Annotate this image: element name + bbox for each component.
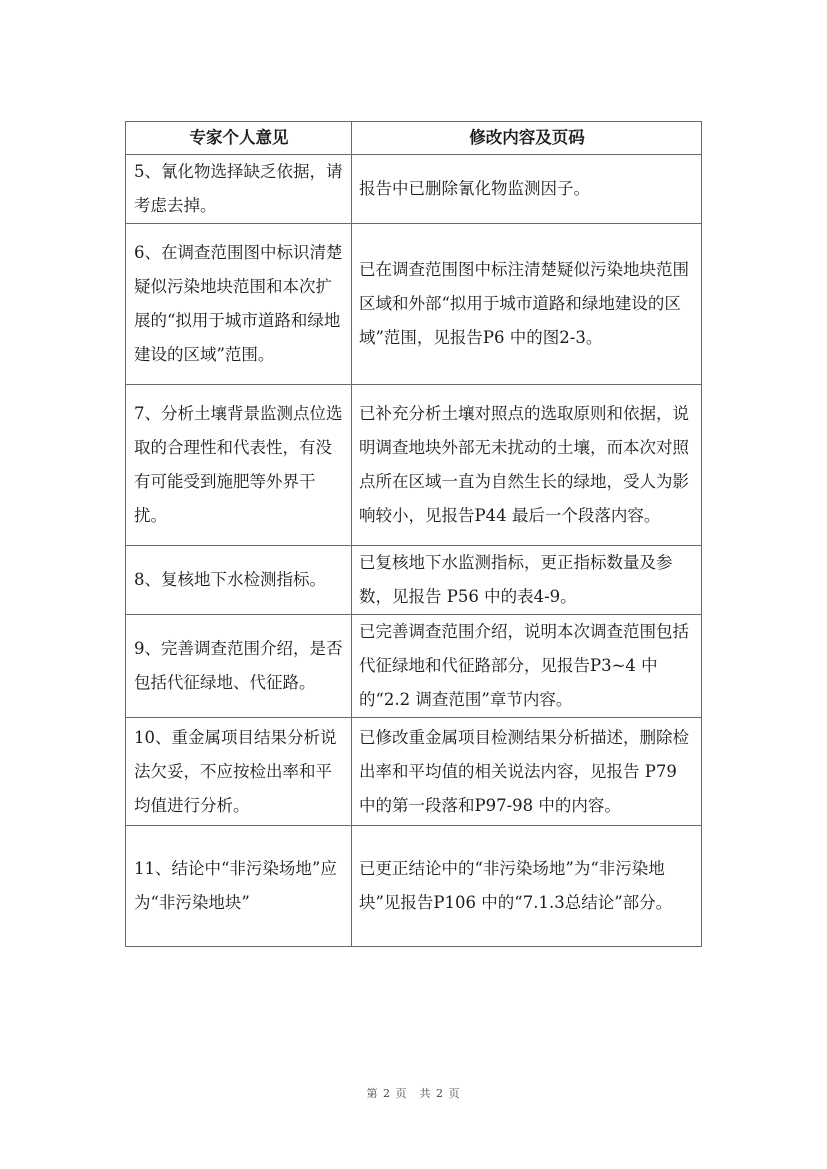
revision-cell: 报告中已删除氰化物监测因子。 (352, 155, 702, 224)
table-row: 10、重金属项目结果分析说法欠妥，不应按检出率和平均值进行分析。 已修改重金属项… (126, 718, 702, 826)
revision-cell: 已更正结论中的“非污染场地”为“非污染地块”见报告P106 中的“7.1.3总结… (352, 826, 702, 947)
expert-opinion-cell: 11、结论中“非污染场地”应为“非污染地块” (126, 826, 352, 947)
expert-opinion-cell: 9、完善调查范围介绍，是否包括代征绿地、代征路。 (126, 615, 352, 718)
table-row: 9、完善调查范围介绍，是否包括代征绿地、代征路。 已完善调查范围介绍，说明本次调… (126, 615, 702, 718)
expert-opinion-cell: 8、复核地下水检测指标。 (126, 546, 352, 615)
revision-cell: 已完善调查范围介绍，说明本次调查范围包括代征绿地和代征路部分，见报告P3~4 中… (352, 615, 702, 718)
table-row: 7、分析土壤背景监测点位选取的合理性和代表性，有没有可能受到施肥等外界干扰。 已… (126, 385, 702, 546)
table-row: 8、复核地下水检测指标。 已复核地下水监测指标，更正指标数量及参数，见报告 P5… (126, 546, 702, 615)
expert-opinion-cell: 5、氰化物选择缺乏依据，请考虑去掉。 (126, 155, 352, 224)
page-number-footer: 第 2 页 共 2 页 (0, 1085, 827, 1101)
table-row: 6、在调查范围图中标识清楚疑似污染地块范围和本次扩展的“拟用于城市道路和绿地建设… (126, 224, 702, 385)
table-header-row: 专家个人意见 修改内容及页码 (126, 122, 702, 155)
revision-cell: 已补充分析土壤对照点的选取原则和依据，说明调查地块外部无未扰动的土壤，而本次对照… (352, 385, 702, 546)
expert-opinion-cell: 10、重金属项目结果分析说法欠妥，不应按检出率和平均值进行分析。 (126, 718, 352, 826)
column-header-expert-opinion: 专家个人意见 (126, 122, 352, 155)
revision-table: 专家个人意见 修改内容及页码 5、氰化物选择缺乏依据，请考虑去掉。 报告中已删除… (125, 121, 702, 947)
table-row: 11、结论中“非污染场地”应为“非污染地块” 已更正结论中的“非污染场地”为“非… (126, 826, 702, 947)
revision-cell: 已复核地下水监测指标，更正指标数量及参数，见报告 P56 中的表4-9。 (352, 546, 702, 615)
table-row: 5、氰化物选择缺乏依据，请考虑去掉。 报告中已删除氰化物监测因子。 (126, 155, 702, 224)
expert-opinion-cell: 7、分析土壤背景监测点位选取的合理性和代表性，有没有可能受到施肥等外界干扰。 (126, 385, 352, 546)
revision-cell: 已修改重金属项目检测结果分析描述，删除检出率和平均值的相关说法内容，见报告 P7… (352, 718, 702, 826)
revision-cell: 已在调查范围图中标注清楚疑似污染地块范围区域和外部“拟用于城市道路和绿地建设的区… (352, 224, 702, 385)
expert-opinion-cell: 6、在调查范围图中标识清楚疑似污染地块范围和本次扩展的“拟用于城市道路和绿地建设… (126, 224, 352, 385)
column-header-revision-content: 修改内容及页码 (352, 122, 702, 155)
